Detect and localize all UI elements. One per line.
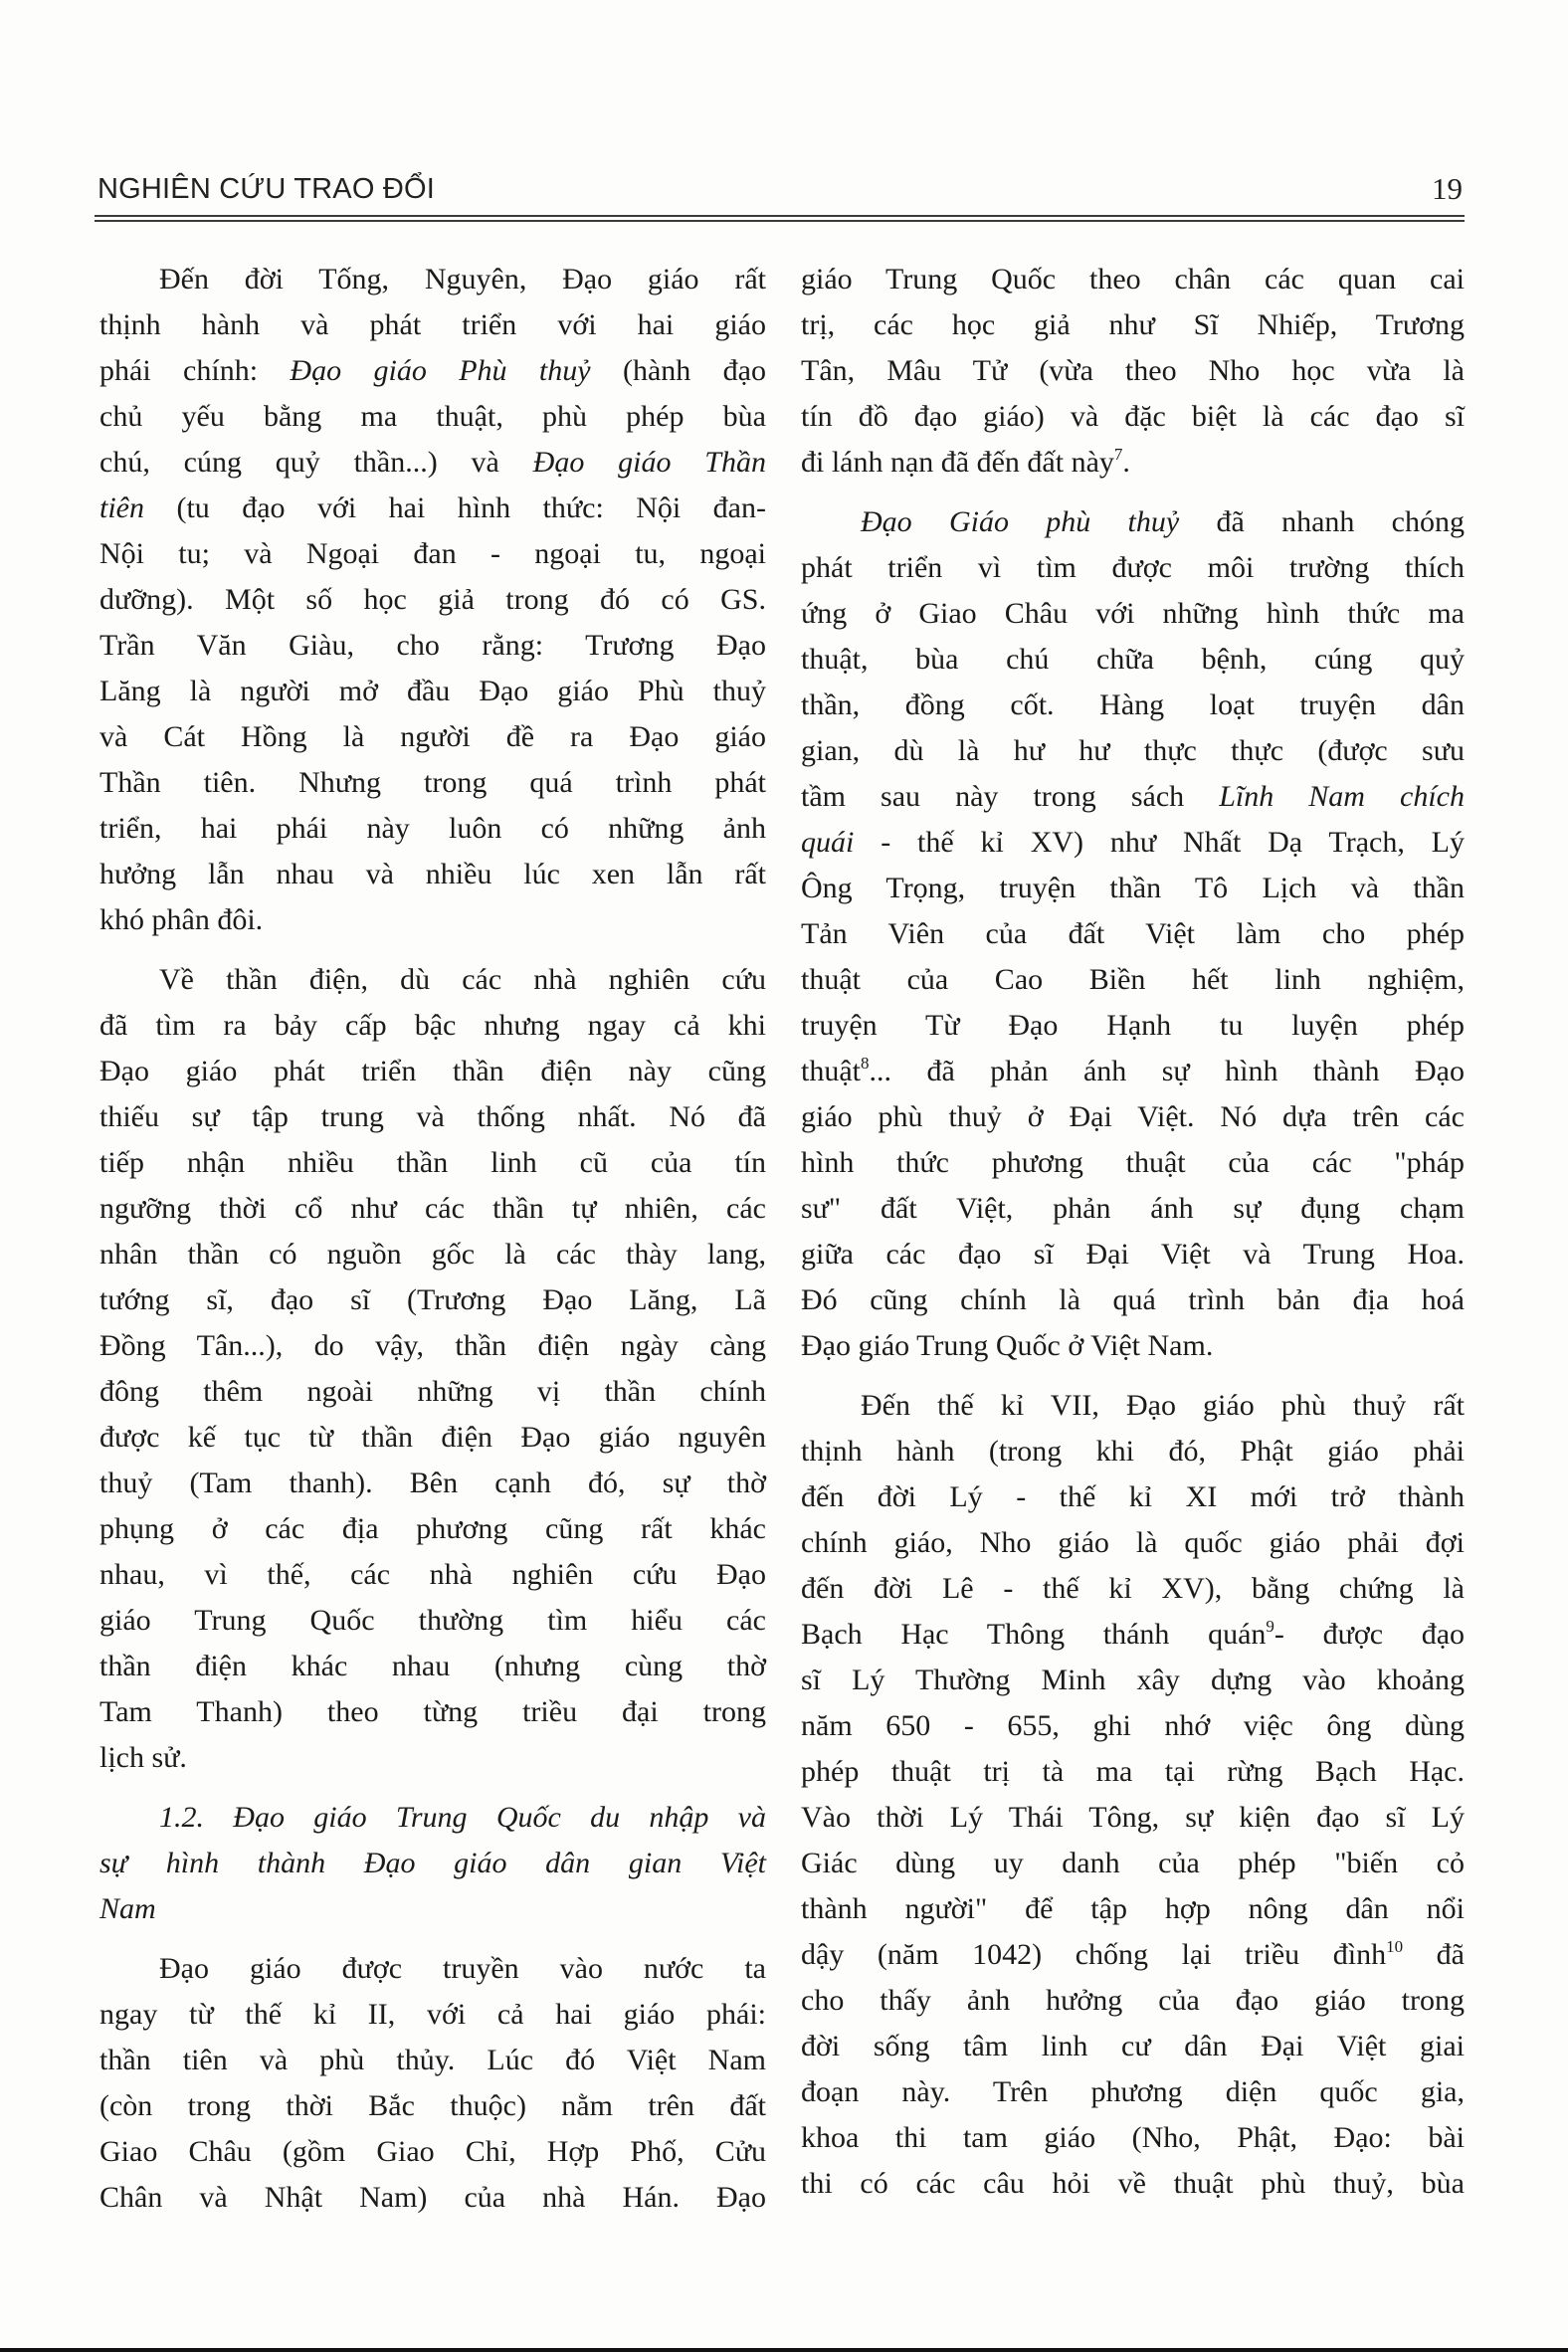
text-line: Về thần điện, dù các nhà nghiên cứu	[99, 957, 766, 1003]
paragraph: Đến đời Tống, Nguyên, Đạo giáo rấtthịnh …	[99, 257, 766, 943]
text-line: Giác dùng uy danh của phép "biến cỏ	[801, 1841, 1465, 1886]
paragraph: Đạo Giáo phù thuỷ đã nhanh chóngphát tri…	[801, 499, 1465, 1369]
text-line: tín đồ đạo giáo) và đặc biệt là các đạo …	[801, 394, 1465, 440]
text-line: phái chính: Đạo giáo Phù thuỷ (hành đạo	[99, 348, 766, 394]
text-line: Thần tiên. Nhưng trong quá trình phát	[99, 760, 766, 806]
footnote-ref[interactable]: 8	[861, 1054, 870, 1073]
text-line: Chân và Nhật Nam) của nhà Hán. Đạo	[99, 2175, 766, 2221]
text-line: cho thấy ảnh hưởng của đạo giáo trong	[801, 1978, 1465, 2024]
text-line: đến đời Lê - thế kỉ XV), bằng chứng là	[801, 1566, 1465, 1612]
text-line: Ông Trọng, truyện thần Tô Lịch và thần	[801, 866, 1465, 911]
text-line: ngưỡng thời cổ như các thần tự nhiên, cá…	[99, 1186, 766, 1232]
text-line: Tản Viên của đất Việt làm cho phép	[801, 911, 1465, 957]
header-rule-bottom	[95, 220, 1465, 222]
text-line: Đạo giáo Trung Quốc ở Việt Nam.	[801, 1323, 1465, 1369]
text-line: triển, hai phái này luôn có những ảnh	[99, 806, 766, 852]
paragraph: giáo Trung Quốc theo chân các quan caitr…	[801, 257, 1465, 486]
italic-text: Lĩnh Nam chích	[1219, 780, 1465, 813]
footnote-ref[interactable]: 7	[1114, 445, 1123, 464]
text-line: thần, đồng cốt. Hàng loạt truyện dân	[801, 683, 1465, 728]
text-line: tiếp nhận nhiều thần linh cũ của tín	[99, 1140, 766, 1186]
text-line: phụng ở các địa phương cũng rất khác	[99, 1506, 766, 1552]
text-line: Nam	[99, 1886, 766, 1932]
footnote-ref[interactable]: 10	[1386, 1937, 1403, 1956]
text-line: Trần Văn Giàu, cho rằng: Trương Đạo	[99, 623, 766, 669]
text-line: chú, cúng quỷ thần...) và Đạo giáo Thần	[99, 440, 766, 486]
text-line: được kế tục từ thần điện Đạo giáo nguyên	[99, 1415, 766, 1461]
text-line: Giao Châu (gồm Giao Chỉ, Hợp Phố, Cửu	[99, 2129, 766, 2175]
text-line: thành người" để tập hợp nông dân nổi	[801, 1886, 1465, 1932]
text-line: sĩ Lý Thường Minh xây dựng vào khoảng	[801, 1658, 1465, 1703]
text-line: Đến thế kỉ VII, Đạo giáo phù thuỷ rất	[801, 1383, 1465, 1429]
text-line: đông thêm ngoài những vị thần chính	[99, 1369, 766, 1415]
footnote-ref[interactable]: 9	[1266, 1617, 1274, 1636]
text-line: Tam Thanh) theo từng triều đại trong	[99, 1689, 766, 1735]
text-line: khó phân đôi.	[99, 897, 766, 943]
text-line: đoạn này. Trên phương diện quốc gia,	[801, 2069, 1465, 2115]
text-line: ngay từ thế kỉ II, với cả hai giáo phái:	[99, 1992, 766, 2038]
italic-text: tiên	[99, 491, 144, 524]
scan-edge-bar	[0, 2348, 1568, 2352]
text-line: đến đời Lý - thế kỉ XI mới trở thành	[801, 1474, 1465, 1520]
text-line: và Cát Hồng là người đề ra Đạo giáo	[99, 714, 766, 760]
text-line: phép thuật trị tà ma tại rừng Bạch Hạc.	[801, 1749, 1465, 1795]
paragraph: Đến thế kỉ VII, Đạo giáo phù thuỷ rấtthị…	[801, 1383, 1465, 2207]
text-line: sư" đất Việt, phản ánh sự đụng chạm	[801, 1186, 1465, 1232]
text-line: Đến đời Tống, Nguyên, Đạo giáo rất	[99, 257, 766, 302]
text-line: truyện Từ Đạo Hạnh tu luyện phép	[801, 1003, 1465, 1049]
text-line: thần điện khác nhau (nhưng cùng thờ	[99, 1644, 766, 1689]
text-line: Đạo Giáo phù thuỷ đã nhanh chóng	[801, 499, 1465, 545]
text-line: thần tiên và phù thủy. Lúc đó Việt Nam	[99, 2038, 766, 2083]
text-line: nhau, vì thế, các nhà nghiên cứu Đạo	[99, 1552, 766, 1598]
text-line: đã tìm ra bảy cấp bậc nhưng ngay cả khi	[99, 1003, 766, 1049]
text-line: Đạo giáo được truyền vào nước ta	[99, 1946, 766, 1992]
italic-text: quái	[801, 826, 854, 859]
text-line: Tân, Mâu Tử (vừa theo Nho học vừa là	[801, 348, 1465, 394]
text-line: hình thức phương thuật của các "pháp	[801, 1140, 1465, 1186]
text-line: gian, dù là hư hư thực thực (được sưu	[801, 728, 1465, 774]
text-line: Đạo giáo phát triển thần điện này cũng	[99, 1049, 766, 1094]
section-heading: 1.2. Đạo giáo Trung Quốc du nhập vàsự hì…	[99, 1795, 766, 1932]
text-line: Vào thời Lý Thái Tông, sự kiện đạo sĩ Lý	[801, 1795, 1465, 1841]
text-line: 1.2. Đạo giáo Trung Quốc du nhập và	[99, 1795, 766, 1841]
left-column: Đến đời Tống, Nguyên, Đạo giáo rấtthịnh …	[99, 257, 766, 2235]
text-line: quái - thế kỉ XV) như Nhất Dạ Trạch, Lý	[801, 820, 1465, 866]
text-line: thuỷ (Tam thanh). Bên cạnh đó, sự thờ	[99, 1461, 766, 1506]
text-line: chính giáo, Nho giáo là quốc giáo phải đ…	[801, 1520, 1465, 1566]
paragraph: Đạo giáo được truyền vào nước tangay từ …	[99, 1946, 766, 2221]
text-line: khoa thi tam giáo (Nho, Phật, Đạo: bài	[801, 2115, 1465, 2161]
text-line: giáo Trung Quốc thường tìm hiểu các	[99, 1598, 766, 1644]
text-line: hưởng lẫn nhau và nhiều lúc xen lẫn rất	[99, 852, 766, 897]
text-line: giáo phù thuỷ ở Đại Việt. Nó dựa trên cá…	[801, 1094, 1465, 1140]
italic-text: Đạo giáo Phù thuỷ	[290, 354, 590, 387]
text-line: đi lánh nạn đã đến đất này7.	[801, 440, 1465, 486]
text-line: chủ yếu bằng ma thuật, phù phép bùa	[99, 394, 766, 440]
text-line: thi có các câu hỏi về thuật phù thuỷ, bù…	[801, 2161, 1465, 2207]
text-line: lịch sử.	[99, 1735, 766, 1781]
text-line: đời sống tâm linh cư dân Đại Việt giai	[801, 2024, 1465, 2069]
text-line: trị, các học giả như Sĩ Nhiếp, Trương	[801, 302, 1465, 348]
text-line: thịnh hành và phát triển với hai giáo	[99, 302, 766, 348]
page-number: 19	[1432, 171, 1463, 207]
running-head: NGHIÊN CỨU TRAO ĐỔI 19	[98, 169, 1463, 213]
text-line: (còn trong thời Bắc thuộc) nằm trên đất	[99, 2083, 766, 2129]
text-line: ứng ở Giao Châu với những hình thức ma	[801, 591, 1465, 637]
text-line: dậy (năm 1042) chống lại triều đình10 đã	[801, 1932, 1465, 1978]
text-line: dưỡng). Một số học giả trong đó có GS.	[99, 577, 766, 623]
italic-text: Đạo Giáo phù thuỷ	[861, 505, 1179, 538]
text-line: Nội tu; và Ngoại đan - ngoại tu, ngoại	[99, 531, 766, 577]
text-line: Đó cũng chính là quá trình bản địa hoá	[801, 1277, 1465, 1323]
text-line: phát triển vì tìm được môi trường thích	[801, 545, 1465, 591]
text-line: tầm sau này trong sách Lĩnh Nam chích	[801, 774, 1465, 820]
section-title: NGHIÊN CỨU TRAO ĐỔI	[98, 173, 435, 206]
text-line: sự hình thành Đạo giáo dân gian Việt	[99, 1841, 766, 1886]
text-line: thịnh hành (trong khi đó, Phật giáo phải	[801, 1429, 1465, 1474]
text-line: Đồng Tân...), do vậy, thần điện ngày càn…	[99, 1323, 766, 1369]
text-line: năm 650 - 655, ghi nhớ việc ông dùng	[801, 1703, 1465, 1749]
header-rule-top	[95, 215, 1465, 217]
text-line: Lăng là người mở đầu Đạo giáo Phù thuỷ	[99, 669, 766, 714]
text-line: thuật8... đã phản ánh sự hình thành Đạo	[801, 1049, 1465, 1094]
text-line: thuật, bùa chú chữa bệnh, cúng quỷ	[801, 637, 1465, 683]
paragraph: Về thần điện, dù các nhà nghiên cứuđã tì…	[99, 957, 766, 1781]
italic-text: Đạo giáo Thần	[533, 446, 766, 479]
right-column: giáo Trung Quốc theo chân các quan caitr…	[801, 257, 1465, 2221]
text-line: giữa các đạo sĩ Đại Việt và Trung Hoa.	[801, 1232, 1465, 1277]
text-line: giáo Trung Quốc theo chân các quan cai	[801, 257, 1465, 302]
text-line: tướng sĩ, đạo sĩ (Trương Đạo Lăng, Lã	[99, 1277, 766, 1323]
text-line: thuật của Cao Biền hết linh nghiệm,	[801, 957, 1465, 1003]
text-line: nhân thần có nguồn gốc là các thày lang,	[99, 1232, 766, 1277]
text-line: thiếu sự tập trung và thống nhất. Nó đã	[99, 1094, 766, 1140]
text-line: tiên (tu đạo với hai hình thức: Nội đan-	[99, 486, 766, 531]
text-line: Bạch Hạc Thông thánh quán9- được đạo	[801, 1612, 1465, 1658]
